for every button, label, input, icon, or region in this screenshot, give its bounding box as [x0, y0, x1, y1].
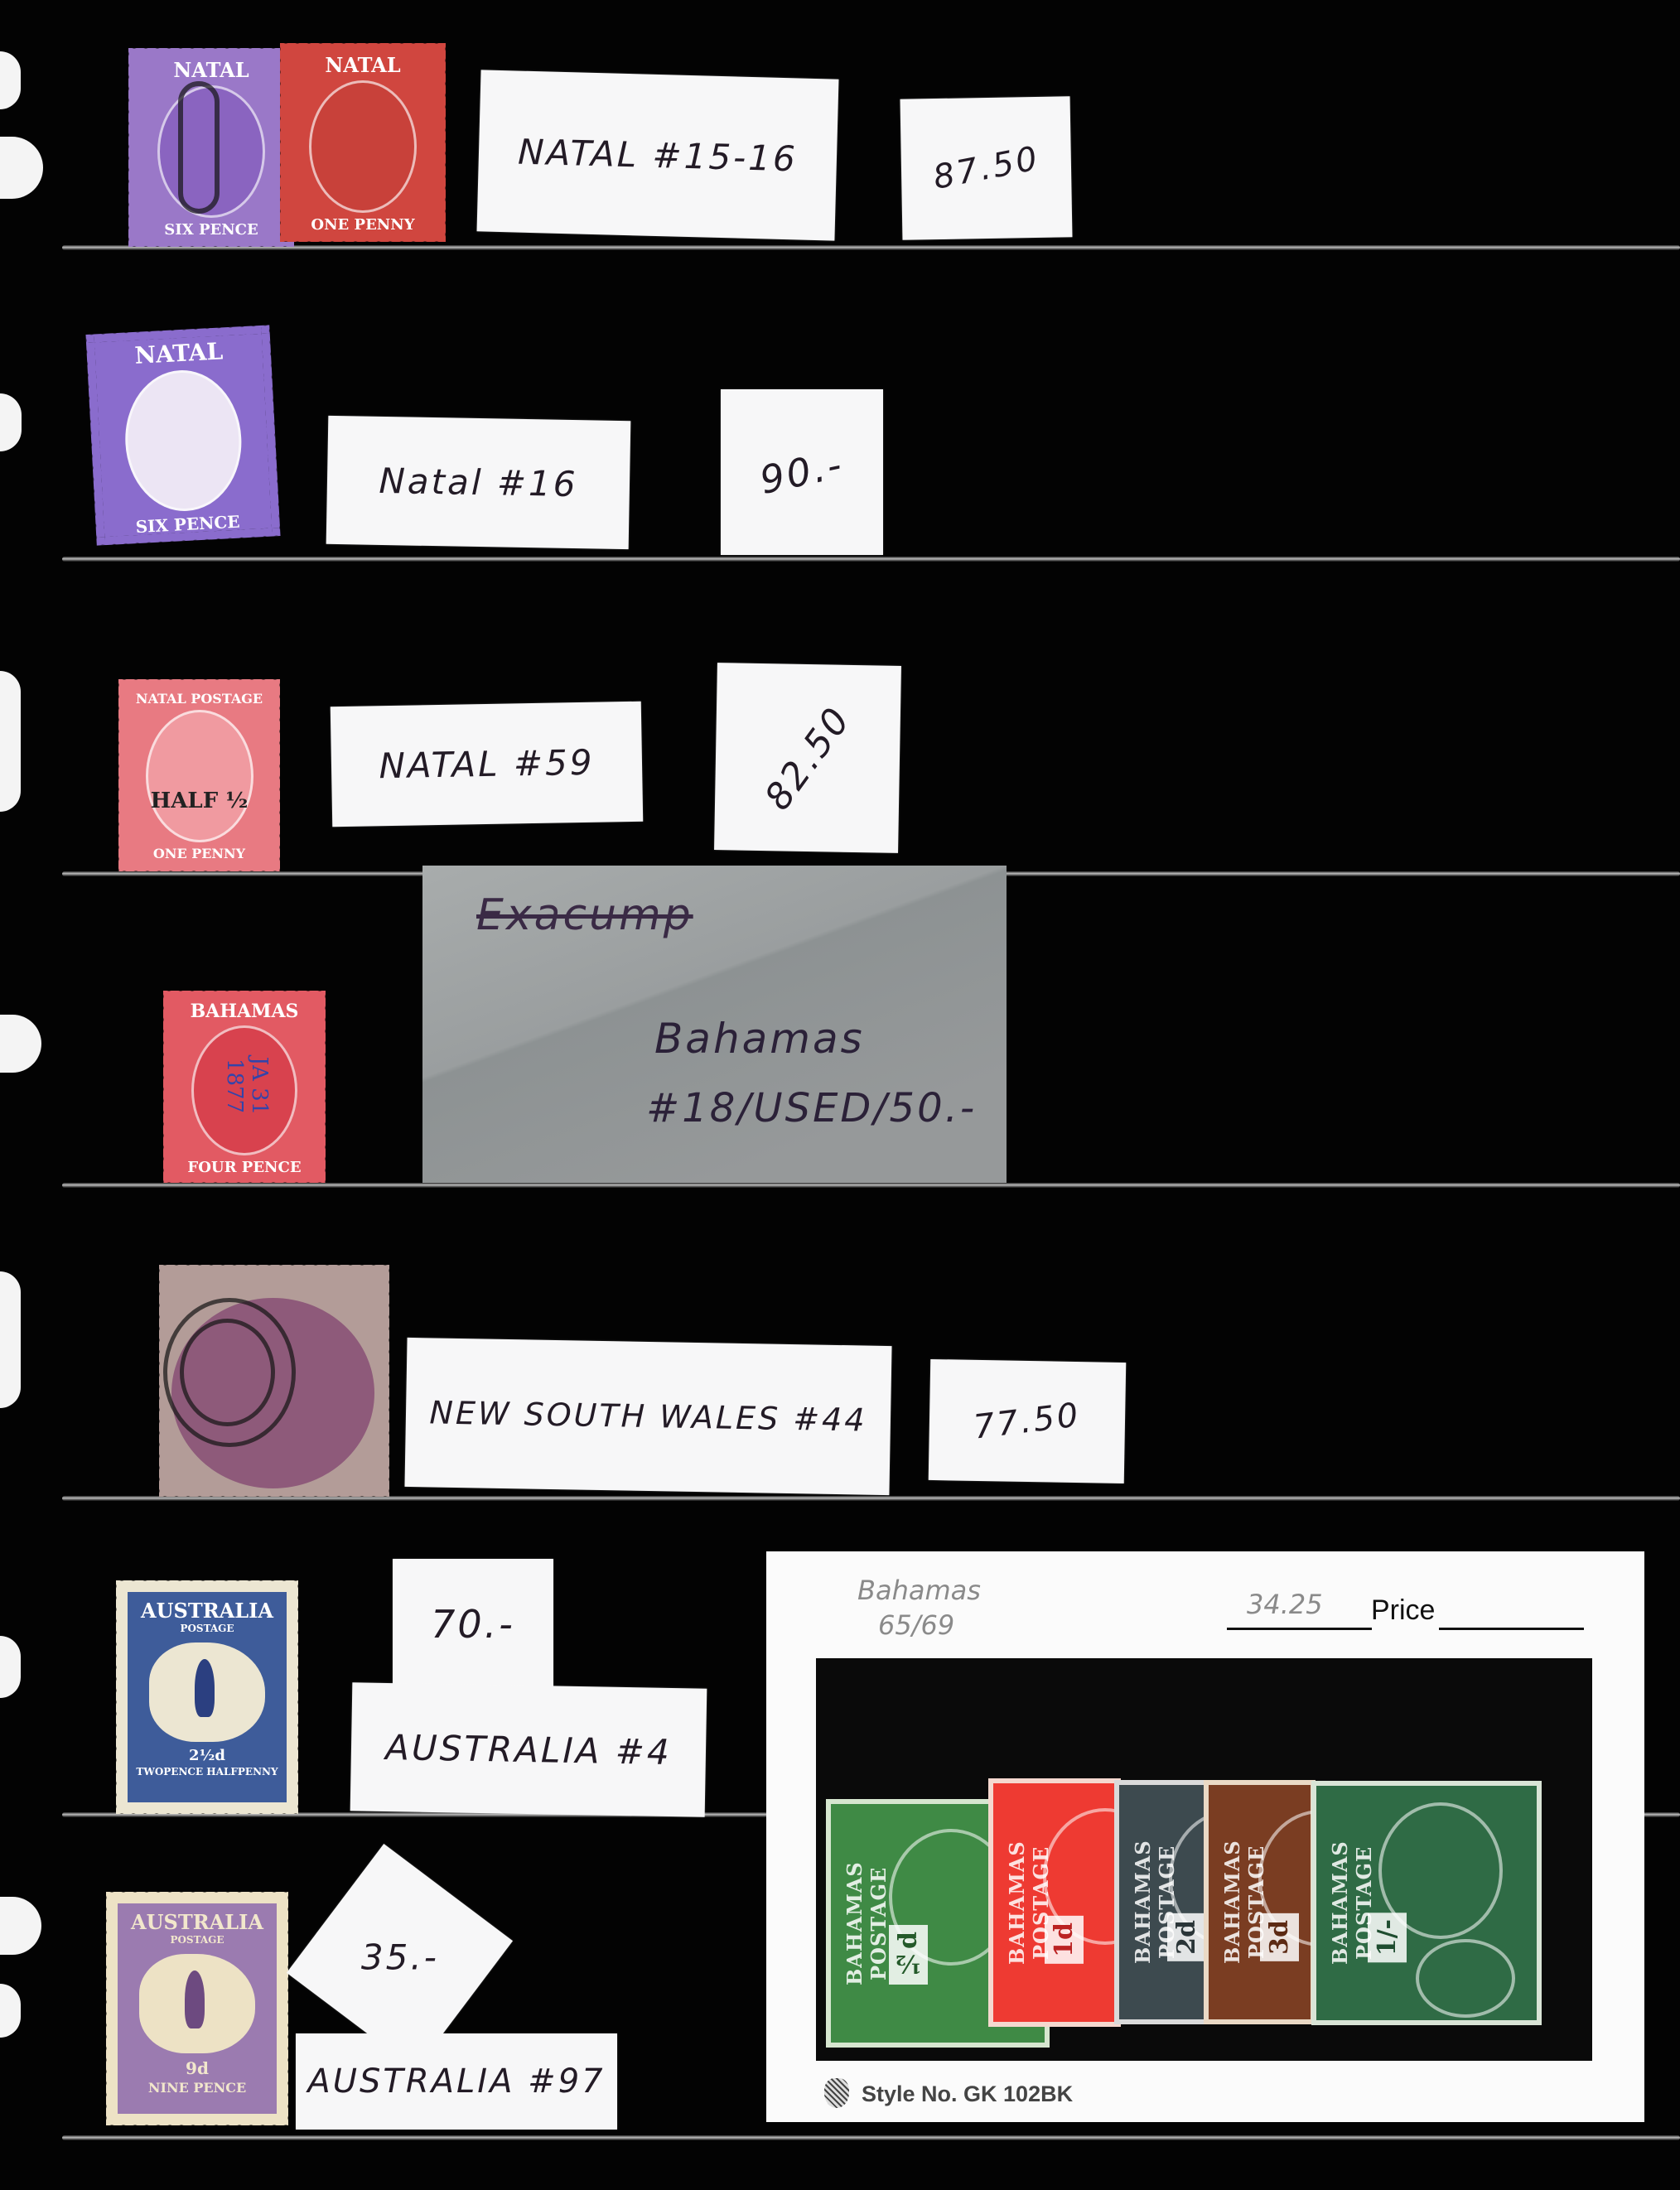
price-label: 90.-	[756, 441, 848, 503]
price-slip: 82.50	[714, 663, 901, 853]
label-slip: AUSTRALIA #4	[350, 1682, 707, 1816]
card-note-country: Bahamas	[857, 1575, 981, 1606]
pocket-edge	[62, 1183, 1680, 1188]
price-line-left	[1227, 1628, 1372, 1630]
stamp-bahamas-3d[interactable]: BAHAMAS POSTAGE 3d	[1204, 1780, 1316, 2024]
stamp-natal-sixpence[interactable]: NATAL SIX PENCE	[85, 325, 280, 545]
kangaroo-icon	[185, 1971, 205, 2028]
map-australia	[149, 1642, 265, 1742]
portrait-oval: JA 31 1877	[191, 1025, 297, 1155]
catalog-label: NEW SOUTH WALES #44	[429, 1394, 867, 1438]
catalog-label: NATAL #15-16	[518, 132, 799, 180]
pocket-edge	[62, 245, 1680, 250]
stamp-bahamas-fourpence[interactable]: BAHAMAS JA 31 1877 FOUR PENCE	[163, 991, 326, 1183]
stamp-australia-2half-d[interactable]: AUSTRALIA POSTAGE 2½d TWOPENCE HALFPENNY	[116, 1580, 298, 1814]
catalog-label: NATAL #59	[379, 742, 595, 787]
kangaroo-icon	[195, 1659, 215, 1717]
label-slip: NEW SOUTH WALES #44	[404, 1338, 891, 1495]
card-note-catalog: 65/69	[878, 1609, 954, 1641]
price-label: 82.50	[756, 698, 859, 818]
binder-hole	[0, 1271, 21, 1408]
card-price-pencil: 34.25	[1247, 1589, 1323, 1620]
postmark	[180, 1319, 275, 1426]
label-slip: NATAL #59	[331, 702, 643, 827]
binder-hole	[0, 1015, 41, 1073]
stamp-bahamas-1d[interactable]: BAHAMAS POSTAGE 1d	[988, 1778, 1121, 2027]
binder-hole	[0, 1897, 41, 1955]
price-slip: 87.50	[900, 96, 1073, 240]
stamp-bahamas-2d[interactable]: BAHAMAS POSTAGE 2d	[1114, 1780, 1209, 2024]
label-slip: Natal #16	[326, 416, 631, 549]
price-slip: 90.-	[721, 389, 883, 555]
crossed-out-note: Exacump	[476, 890, 693, 940]
price-line-right	[1439, 1628, 1584, 1630]
portrait-oval	[309, 80, 417, 213]
stamp-australia-9d[interactable]: AUSTRALIA POSTAGE 9d NINE PENCE	[106, 1892, 288, 2125]
price-label: 70.-	[431, 1602, 515, 1647]
binder-hole	[0, 51, 21, 109]
denomination: 2½d	[128, 1747, 287, 1764]
catalog-label: Natal #16	[379, 461, 578, 504]
overprint: HALF ½	[148, 789, 251, 813]
price-label: 35.-	[361, 1937, 439, 1977]
label-slip: AUSTRALIA #97	[296, 2033, 617, 2130]
denomination: 9d	[118, 2058, 277, 2078]
portrait-oval	[122, 367, 245, 514]
stamp-natal-onepenny[interactable]: NATAL ONE PENNY	[280, 43, 446, 242]
seal-medallion	[1416, 1939, 1515, 2018]
binder-hole	[0, 671, 21, 812]
binder-hole	[0, 137, 43, 199]
postmark	[178, 81, 220, 214]
binder-hole	[0, 1984, 21, 2038]
portrait-oval: HALF ½	[146, 710, 253, 842]
glassine-note-line2: #18/USED/50.-	[646, 1085, 977, 1131]
price-slip: 77.50	[929, 1359, 1127, 1483]
brand-crown-icon	[824, 2078, 849, 2108]
price-field-label: Price	[1371, 1594, 1435, 1627]
style-number: Style No. GK 102BK	[862, 2081, 1073, 2107]
price-label: 87.50	[930, 139, 1043, 197]
binder-hole	[0, 393, 22, 451]
glassine-envelope: Exacump Bahamas #18/USED/50.-	[422, 866, 1007, 1183]
stamp-nsw-five-shillings[interactable]	[159, 1265, 389, 1497]
catalog-label: AUSTRALIA #4	[385, 1727, 672, 1773]
stamp-natal-sixpence[interactable]: NATAL SIX PENCE	[128, 48, 294, 247]
stock-page: NATAL SIX PENCE NATAL ONE PENNY NATAL #1…	[0, 0, 1680, 2190]
price-label: 77.50	[972, 1396, 1083, 1446]
stamp-natal-half-on-one-penny[interactable]: NATAL POSTAGE HALF ½ ONE PENNY	[118, 679, 280, 871]
map-australia	[139, 1954, 255, 2053]
postmark-date: JA 31 1877	[222, 1041, 272, 1131]
glassine-note-line1: Bahamas	[654, 1015, 865, 1063]
label-slip: NATAL #15-16	[477, 70, 839, 240]
catalog-label: AUSTRALIA #97	[307, 2062, 605, 2101]
stamp-bahamas-1-shilling[interactable]: BAHAMAS POSTAGE 1/-	[1311, 1781, 1542, 2025]
card-mount: BAHAMAS POSTAGE ½d BAHAMAS POSTAGE 1d BA…	[816, 1658, 1592, 2061]
stock-card-bahamas[interactable]: Bahamas 65/69 34.25 Price BAHAMAS POSTAG…	[766, 1551, 1644, 2122]
pocket-edge	[62, 2135, 1680, 2140]
pocket-edge	[62, 557, 1680, 562]
price-slip: 70.-	[393, 1559, 553, 1690]
binder-hole	[0, 1636, 21, 1698]
